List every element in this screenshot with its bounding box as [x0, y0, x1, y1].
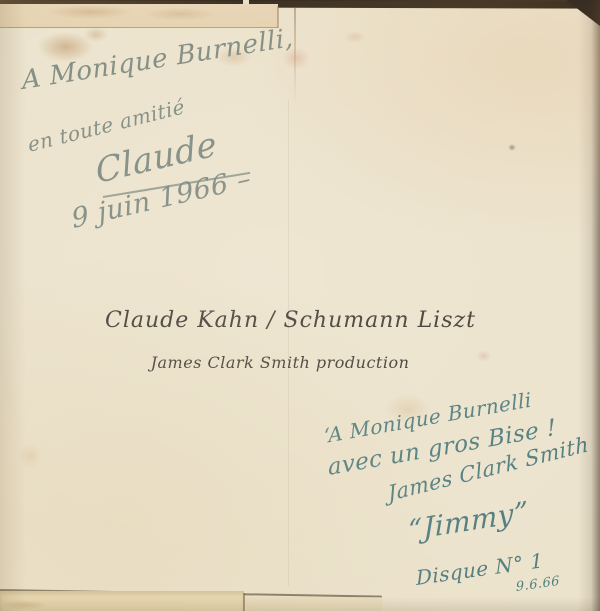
bottom-middle-flap [244, 597, 382, 611]
bottom-flap-edge [243, 593, 245, 611]
bottom-left-flap [0, 591, 244, 611]
photo-of-record-sleeve: A Monique Burnelli, en toute amitié Clau… [0, 0, 600, 611]
top-fold-flap [0, 4, 278, 28]
center-fold-crease [288, 100, 289, 586]
flap-mottling [0, 4, 278, 27]
printed-title: Claude Kahn / Schumann Liszt [105, 308, 475, 333]
vertical-crease [294, 8, 296, 104]
printed-subtitle: James Clark Smith production [105, 353, 455, 372]
